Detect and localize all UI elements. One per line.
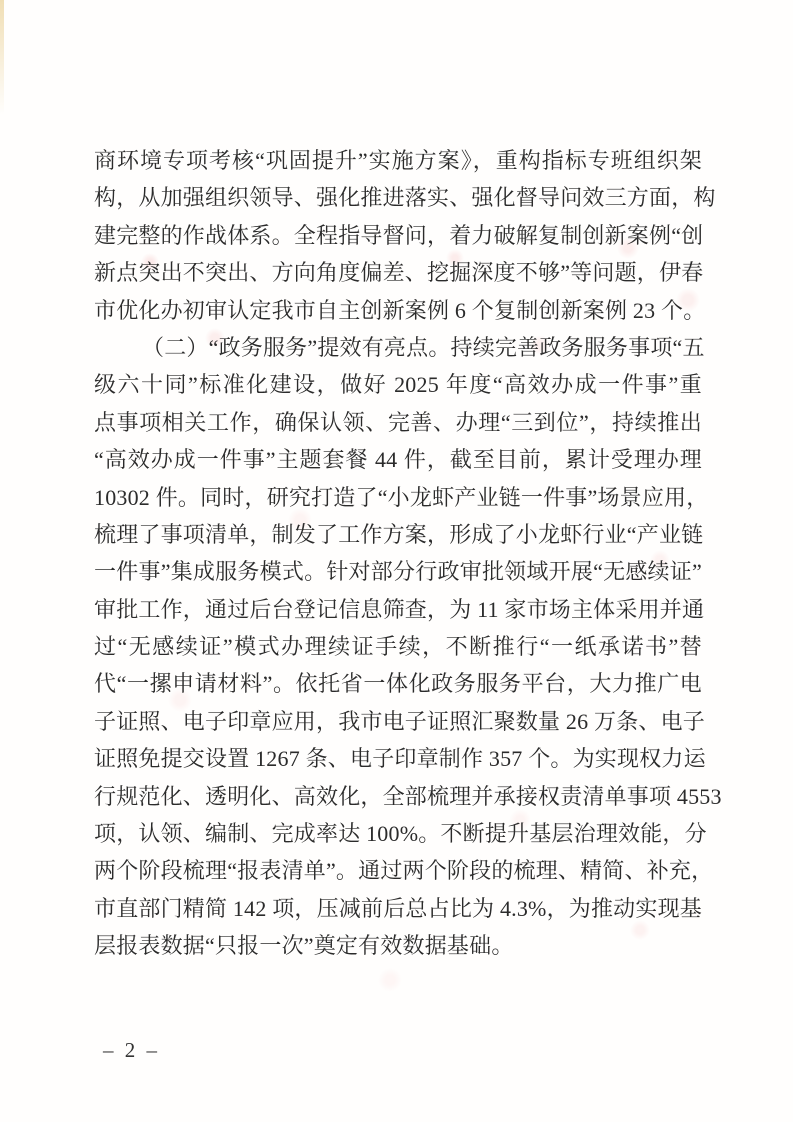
text-line: 项，认领、编制、完成率达 100%。不断提升基层治理效能，分 (94, 815, 702, 852)
text-line: 一件事”集成服务模式。针对部分行政审批领域开展“无感续证” (94, 553, 702, 590)
text-line: 构，从加强组织领导、强化推进落实、强化督导问效三方面，构 (94, 179, 702, 216)
scanner-edge-artifact (0, 0, 4, 115)
text-line: 层报表数据“只报一次”奠定有效数据基础。 (94, 927, 702, 964)
document-body: 商环境专项考核“巩固提升”实施方案》，重构指标专班组织架 构，从加强组织领导、强… (94, 142, 702, 965)
text-line: 两个阶段梳理“报表清单”。通过两个阶段的梳理、精简、补充， (94, 852, 702, 889)
text-line: 市优化办初审认定我市自主创新案例 6 个复制创新案例 23 个。 (94, 292, 702, 329)
text-line: 商环境专项考核“巩固提升”实施方案》，重构指标专班组织架 (94, 142, 702, 179)
text-line: 级六十同”标准化建设，做好 2025 年度“高效办成一件事”重 (94, 366, 702, 403)
text-line: “高效办成一件事”主题套餐 44 件，截至目前，累计受理办理 (94, 441, 702, 478)
text-line: 证照免提交设置 1267 条、电子印章制作 357 个。为实现权力运 (94, 740, 702, 777)
text-line: 代“一摞申请材料”。依托省一体化政务服务平台，大力推广电 (94, 665, 702, 702)
text-line: 10302 件。同时，研究打造了“小龙虾产业链一件事”场景应用， (94, 479, 702, 516)
text-line: 新点突出不突出、方向角度偏差、挖掘深度不够”等问题，伊春 (94, 254, 702, 291)
page-number: – 2 – (103, 1038, 160, 1063)
scanned-document-page: 商环境专项考核“巩固提升”实施方案》，重构指标专班组织架 构，从加强组织领导、强… (0, 0, 793, 1122)
text-line: 梳理了事项清单，制发了工作方案，形成了小龙虾行业“产业链 (94, 516, 702, 553)
text-line: 子证照、电子印章应用，我市电子证照汇聚数量 26 万条、电子 (94, 703, 702, 740)
text-line: 市直部门精简 142 项，压减前后总占比为 4.3%，为推动实现基 (94, 890, 702, 927)
text-line: 过“无感续证”模式办理续证手续，不断推行“一纸承诺书”替 (94, 628, 702, 665)
text-line-paragraph-start: （二）“政务服务”提效有亮点。持续完善政务服务事项“五 (94, 329, 702, 366)
text-line: 点事项相关工作，确保认领、完善、办理“三到位”，持续推出 (94, 404, 702, 441)
text-line: 审批工作，通过后台登记信息筛查，为 11 家市场主体采用并通 (94, 591, 702, 628)
text-line: 建完整的作战体系。全程指导督问，着力破解复制创新案例“创 (94, 217, 702, 254)
text-line: 行规范化、透明化、高效化，全部梳理并承接权责清单事项 4553 (94, 778, 702, 815)
